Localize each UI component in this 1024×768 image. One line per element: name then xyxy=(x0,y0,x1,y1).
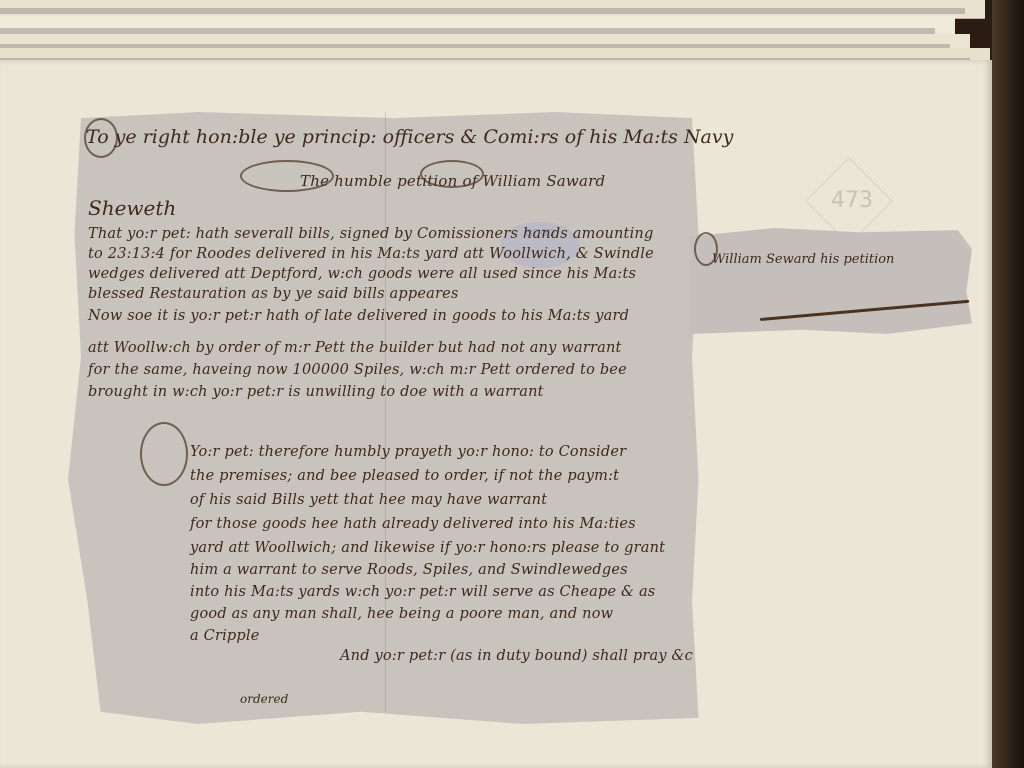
body-line: wedges delivered att Deptford, w:ch good… xyxy=(88,266,636,282)
body-line: for the same, haveing now 100000 Spiles,… xyxy=(88,362,627,378)
prayer-line: good as any man shall, hee being a poore… xyxy=(190,606,613,622)
prayer-line: him a warrant to serve Roods, Spiles, an… xyxy=(190,562,628,578)
prayer-line: of his said Bills yett that hee may have… xyxy=(190,492,547,508)
body-line: brought in w:ch yo:r pet:r is unwilling … xyxy=(88,384,544,400)
flourish xyxy=(84,118,118,158)
endorsement-strip xyxy=(690,228,972,334)
fold-line xyxy=(385,112,386,712)
prayer-line: for those goods hee hath already deliver… xyxy=(190,516,636,532)
prayer-line: Yo:r pet: therefore humbly prayeth yo:r … xyxy=(190,444,626,460)
prayer-line: the premises; and bee pleased to order, … xyxy=(190,468,619,484)
address-line: To ye right hon:ble ye princip: officers… xyxy=(86,126,733,148)
body-line: Now soe it is yo:r pet:r hath of late de… xyxy=(88,308,629,324)
prayer-line: yard att Woollwich; and likewise if yo:r… xyxy=(190,540,665,556)
endorsement-text: William Seward his petition xyxy=(712,252,894,267)
flourish xyxy=(420,160,484,188)
body-line: That yo:r pet: hath severall bills, sign… xyxy=(88,226,653,242)
prayer-line: a Cripple xyxy=(190,628,260,644)
flourish xyxy=(240,160,334,192)
prayer-line: into his Ma:ts yards w:ch yo:r pet:r wil… xyxy=(190,584,655,600)
flourish xyxy=(694,232,718,266)
salutation: Sheweth xyxy=(88,196,176,220)
binding-edge xyxy=(992,0,1024,768)
folio-number: 473 xyxy=(822,188,882,213)
body-line: att Woollw:ch by order of m:r Pett the b… xyxy=(88,340,622,356)
closing-line: And yo:r pet:r (as in duty bound) shall … xyxy=(340,648,693,664)
footer-note: ordered xyxy=(240,692,288,706)
flourish xyxy=(140,422,188,486)
body-line: blessed Restauration as by ye said bills… xyxy=(88,286,459,302)
body-line: to 23:13:4 for Roodes delivered in his M… xyxy=(88,246,654,262)
